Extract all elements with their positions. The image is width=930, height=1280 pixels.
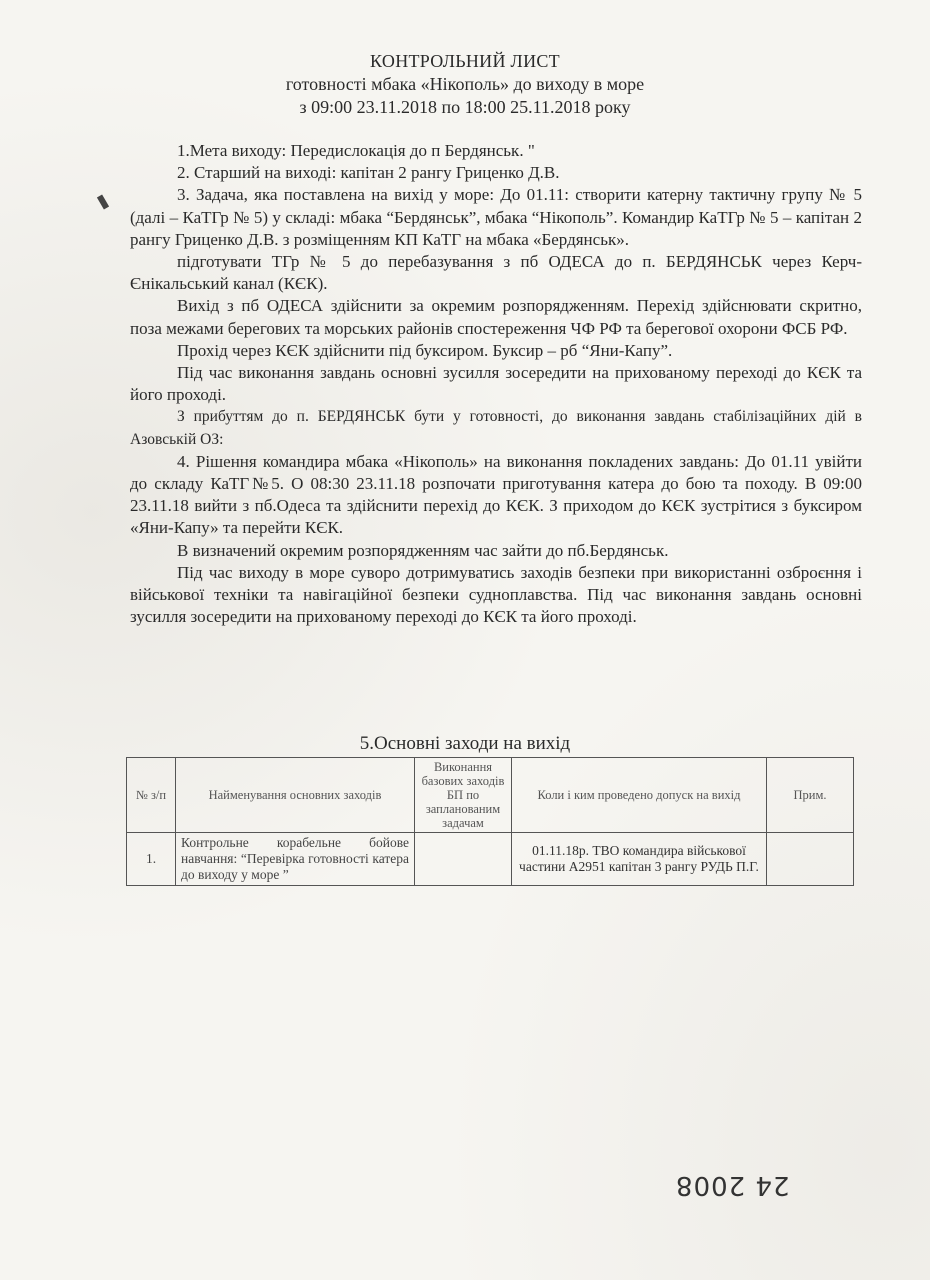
document-subtitle: готовності мбака «Нікополь» до виходу в … — [0, 73, 930, 96]
document-body: 1.Мета виходу: Передислокація до п Бердя… — [130, 140, 862, 628]
paragraph-senior: 2. Старший на виході: капітан 2 рангу Гр… — [130, 162, 862, 184]
paragraph-efforts: Під час виконання завдань основні зусилл… — [130, 362, 862, 406]
paragraph-task: 3. Задача, яка поставлена на вихід у мор… — [130, 184, 862, 251]
cell-when: 01.11.18р. ТВО командира військової част… — [512, 833, 767, 886]
handwritten-note: 24 2008 — [675, 1170, 790, 1200]
table-row: 1. Контрольне корабельне бойове навчання… — [127, 833, 854, 886]
header-note: Прим. — [767, 758, 854, 833]
paragraph-goal: 1.Мета виходу: Передислокація до п Бердя… — [130, 140, 862, 162]
table-title: 5.Основні заходи на вихід — [0, 733, 930, 755]
ink-mark — [97, 194, 109, 209]
paragraph-safety: Під час виходу в море суворо дотримувати… — [130, 562, 862, 629]
cell-exec — [415, 833, 512, 886]
header-name: Найменування основних заходів — [176, 758, 415, 833]
paragraph-passage: Прохід через КЄК здійснити під буксиром.… — [130, 340, 862, 362]
paragraph-berdyansk: В визначений окремим розпорядженням час … — [130, 540, 862, 562]
cell-note — [767, 833, 854, 886]
paragraph-arrival: З прибуттям до п. БЕРДЯНСЬК бути у готов… — [130, 406, 862, 450]
header-num: № з/п — [127, 758, 176, 833]
header-exec: Виконання базових заходів БП по запланов… — [415, 758, 512, 833]
document-header: КОНТРОЛЬНИЙ ЛИСТ готовності мбака «Нікоп… — [0, 50, 930, 119]
paragraph-departure: Вихід з пб ОДЕСА здійснити за окремим ро… — [130, 295, 862, 339]
table-header-row: № з/п Найменування основних заходів Вико… — [127, 758, 854, 833]
measures-table: № з/п Найменування основних заходів Вико… — [126, 757, 854, 886]
paragraph-prepare: підготувати ТГр № 5 до перебазування з п… — [130, 251, 862, 295]
document-page: КОНТРОЛЬНИЙ ЛИСТ готовності мбака «Нікоп… — [0, 0, 930, 1280]
cell-name: Контрольне корабельне бойове навчання: “… — [176, 833, 415, 886]
header-when: Коли і ким проведено допуск на вихід — [512, 758, 767, 833]
cell-num: 1. — [127, 833, 176, 886]
paragraph-decision: 4. Рішення командира мбака «Нікополь» на… — [130, 451, 862, 540]
document-title: КОНТРОЛЬНИЙ ЛИСТ — [0, 50, 930, 73]
document-period: з 09:00 23.11.2018 по 18:00 25.11.2018 р… — [0, 96, 930, 119]
